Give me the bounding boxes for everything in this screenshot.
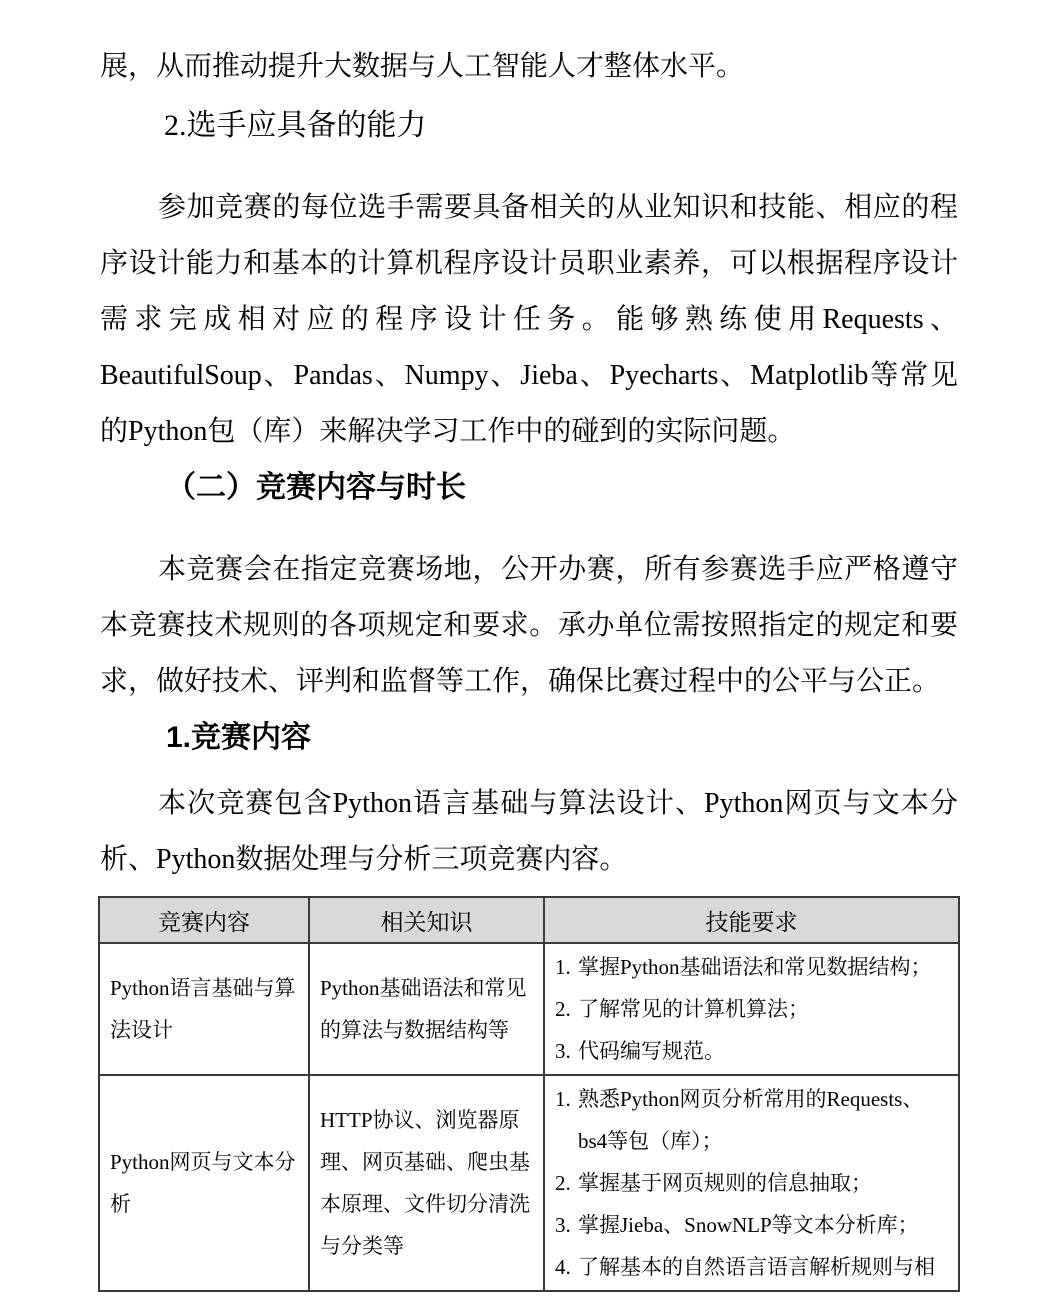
cell-content-python-web-text: Python网页与文本分析 — [99, 1075, 309, 1291]
paragraph-competition-overview: 本次竞赛包含Python语言基础与算法设计、Python网页与文本分析、Pyth… — [100, 776, 958, 888]
heading-competition-content: 1.竞赛内容 — [100, 710, 958, 766]
paragraph-player-abilities: 参加竞赛的每位选手需要具备相关的从业知识和技能、相应的程序设计能力和基本的计算机… — [100, 180, 958, 460]
continuation-line: 展，从而推动提升大数据与人工智能人才整体水平。 — [100, 38, 958, 95]
skills-list-python-web-text: 熟悉Python网页分析常用的Requests、bs4等包（库）； 掌握基于网页… — [545, 1078, 952, 1288]
competition-content-table: 竞赛内容 相关知识 技能要求 Python语言基础与算法设计 Python基础语… — [98, 896, 960, 1292]
table-header-row: 竞赛内容 相关知识 技能要求 — [99, 897, 959, 943]
table-row-python-basics: Python语言基础与算法设计 Python基础语法和常见的算法与数据结构等 掌… — [99, 943, 959, 1075]
heading-player-abilities: 2.选手应具备的能力 — [100, 97, 958, 154]
cell-skills-python-basics: 掌握Python基础语法和常见数据结构； 了解常见的计算机算法； 代码编写规范。 — [544, 943, 959, 1075]
document-page: 展，从而推动提升大数据与人工智能人才整体水平。 2.选手应具备的能力 参加竞赛的… — [0, 0, 1057, 1300]
header-cell-related-knowledge: 相关知识 — [309, 897, 544, 943]
skill-item: 掌握Python基础语法和常见数据结构； — [545, 946, 952, 988]
heading-content-duration: （二）竞赛内容与时长 — [100, 460, 958, 516]
cell-knowledge-python-web-text: HTTP协议、浏览器原理、网页基础、爬虫基本原理、文件切分清洗与分类等 — [309, 1075, 544, 1291]
skill-item: 了解常见的计算机算法； — [545, 988, 952, 1030]
skill-item: 掌握基于网页规则的信息抽取； — [545, 1162, 952, 1204]
skill-item: 了解基本的自然语言语言解析规则与相 — [545, 1246, 952, 1288]
skill-item: 代码编写规范。 — [545, 1030, 952, 1072]
paragraph-competition-rules: 本竞赛会在指定竞赛场地，公开办赛，所有参赛选手应严格遵守本竞赛技术规则的各项规定… — [100, 542, 958, 710]
skill-item: 熟悉Python网页分析常用的Requests、bs4等包（库）； — [545, 1078, 952, 1162]
header-cell-skill-requirements: 技能要求 — [544, 897, 959, 943]
header-cell-competition-content: 竞赛内容 — [99, 897, 309, 943]
skills-list-python-basics: 掌握Python基础语法和常见数据结构； 了解常见的计算机算法； 代码编写规范。 — [545, 946, 952, 1072]
cell-knowledge-python-basics: Python基础语法和常见的算法与数据结构等 — [309, 943, 544, 1075]
skill-item: 掌握Jieba、SnowNLP等文本分析库； — [545, 1204, 952, 1246]
cell-content-python-basics: Python语言基础与算法设计 — [99, 943, 309, 1075]
table-row-python-web-text: Python网页与文本分析 HTTP协议、浏览器原理、网页基础、爬虫基本原理、文… — [99, 1075, 959, 1291]
cell-skills-python-web-text: 熟悉Python网页分析常用的Requests、bs4等包（库）； 掌握基于网页… — [544, 1075, 959, 1291]
